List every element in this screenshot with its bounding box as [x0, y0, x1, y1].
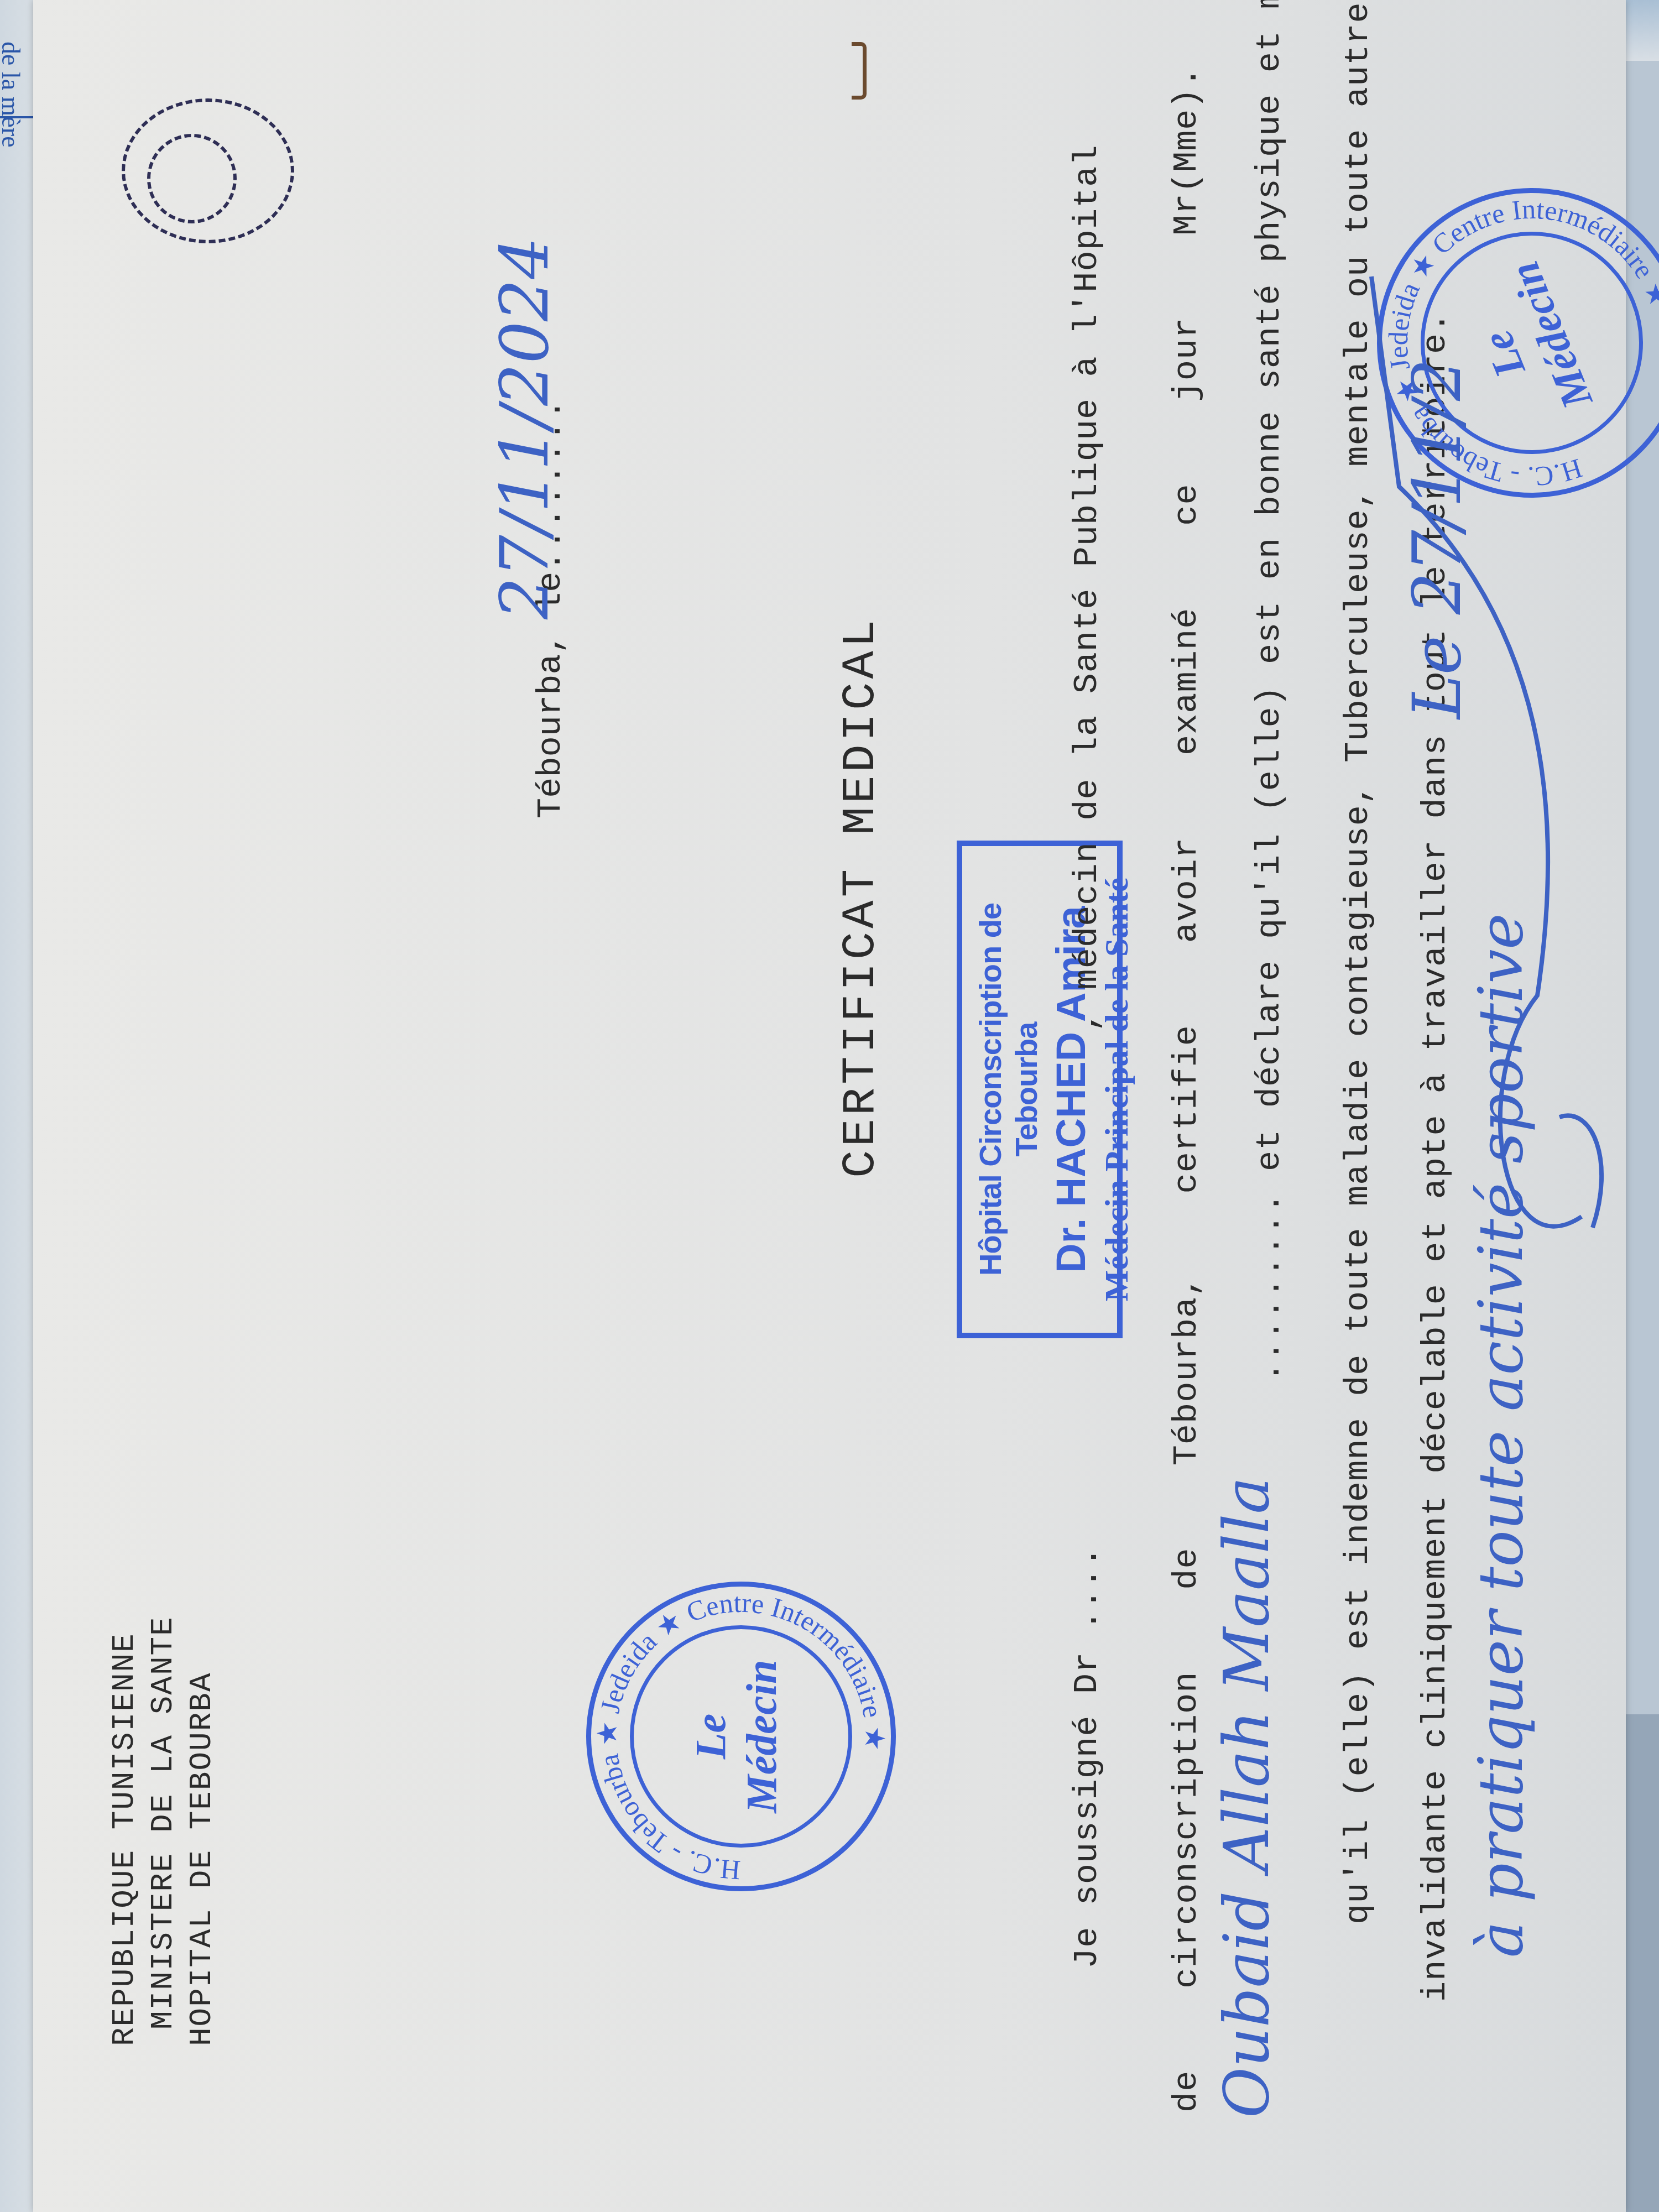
body-line-2-word: circonscription	[1167, 1672, 1206, 1989]
body-line-2-word: Tébourba,	[1167, 1275, 1206, 1465]
letterhead-hospital: HOPITAL DE TEBOURBA	[182, 1616, 221, 2046]
body-line-2-word: avoir	[1167, 837, 1206, 943]
underlying-rule	[0, 116, 33, 118]
declarant-prefix: Je soussigné Dr ....	[1067, 1546, 1107, 1969]
round-stamp-center-1: Le	[685, 1587, 736, 1886]
handwritten-annotation: à pratiquer toute activité sportive	[1465, 914, 1536, 1958]
declarant-suffix: , médecin de la Santé Publique à l'Hôpit…	[1067, 144, 1107, 1032]
certificate-title: CERTIFICAT MEDICAL	[835, 617, 888, 1178]
body-line-2: decirconscriptiondeTébourba,certifieavoi…	[1167, 66, 1206, 2112]
signature-date-handwritten: Le 27/11/2	[1399, 359, 1476, 719]
body-line-3: ......... et déclare qu'il (elle) est en…	[1250, 0, 1289, 1383]
body-line-2-word: certifie	[1167, 1025, 1206, 1194]
body-line-2-word: jour	[1167, 317, 1206, 402]
background-edge	[1626, 1714, 1659, 2212]
body-line-2-word: de	[1167, 1547, 1206, 1589]
handwritten-date: 27/11/2024	[487, 237, 564, 619]
round-stamp-center-2: Médecin	[736, 1587, 787, 1886]
medical-certificate-sheet: REPUBLIQUE TUNISIENNE MINISTERE DE LA SA…	[33, 0, 1626, 2212]
body-line-2-word: ce	[1167, 483, 1206, 525]
underlying-document-text: de la mère	[0, 41, 25, 148]
body-line-2-word: examiné	[1167, 608, 1206, 755]
doctor-stamp-hospital: Hôpital Circonscription de Tebourba	[972, 846, 1044, 1333]
faded-oval-stamp	[122, 98, 294, 243]
letterhead-country: REPUBLIQUE TUNISIENNE	[105, 1616, 144, 2046]
letterhead: REPUBLIQUE TUNISIENNE MINISTERE DE LA SA…	[105, 1616, 221, 2046]
patient-name-handwritten: Oubaid Allah Maalla	[1211, 1477, 1283, 2118]
round-stamp: H.C. - Tebourba ★ Jedeida ★ Centre Inter…	[586, 1582, 896, 1891]
body-line-1: Je soussigné Dr ...., médecin de la Sant…	[1067, 144, 1107, 1969]
body-line-2-word: Mr(Mme).	[1167, 66, 1206, 236]
letterhead-ministry: MINISTERE DE LA SANTE	[144, 1616, 182, 2046]
body-line-2-word: de	[1167, 2070, 1206, 2112]
paper-clip-mark	[852, 42, 867, 100]
